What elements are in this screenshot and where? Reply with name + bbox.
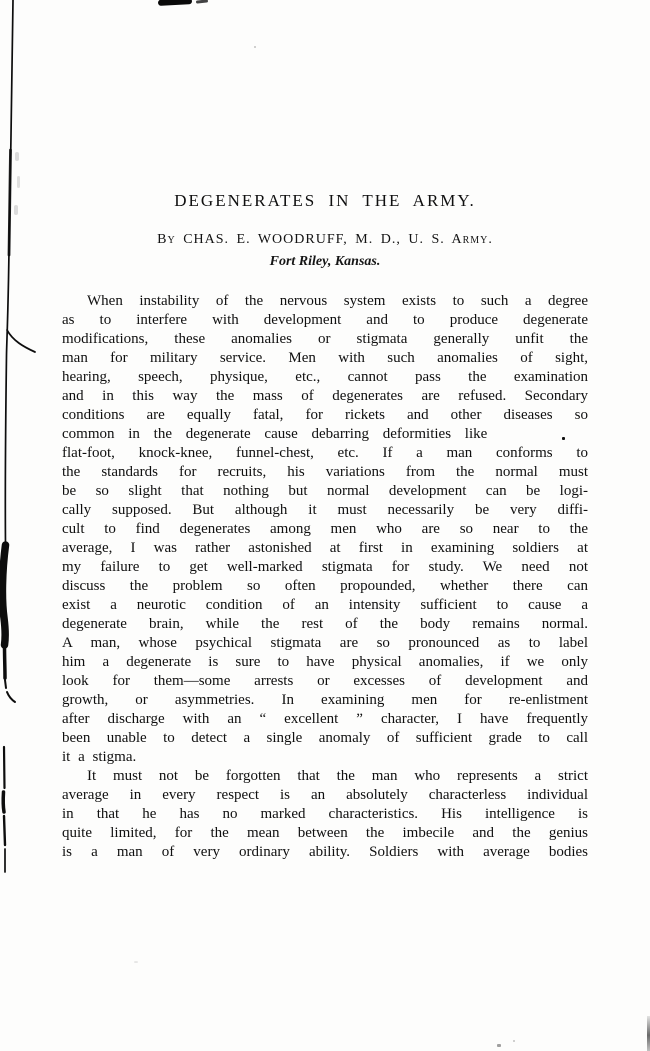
text-line: When instability of the nervous system e… bbox=[62, 292, 588, 311]
text-line: and in this way the mass of degenerates … bbox=[62, 387, 588, 406]
scan-binding-edge-artifact bbox=[0, 0, 45, 1051]
text-line: after discharge with an “ excellent ” ch… bbox=[62, 710, 588, 729]
text-line: exist a neurotic condition of an intensi… bbox=[62, 596, 588, 615]
byline-prefix: By bbox=[157, 232, 176, 247]
text-line: It must not be forgotten that the man wh… bbox=[62, 767, 588, 786]
text-line: is a man of very ordinary ability. Soldi… bbox=[62, 843, 588, 862]
text-line: the standards for recruits, his variatio… bbox=[62, 463, 588, 482]
text-line: degenerate brain, while the rest of the … bbox=[62, 615, 588, 634]
text-line: my failure to get well-marked stigmata f… bbox=[62, 558, 588, 577]
text-line: average in every respect is an absolutel… bbox=[62, 786, 588, 805]
text-line: as to interfere with development and to … bbox=[62, 311, 588, 330]
article-body: When instability of the nervous system e… bbox=[62, 292, 588, 862]
text-line: in that he has no marked characteristics… bbox=[62, 805, 588, 824]
byline-author: CHAS. E. WOODRUFF, M. D., U. S. bbox=[183, 232, 445, 247]
text-line: hearing, speech, physique, etc., cannot … bbox=[62, 368, 588, 387]
text-line: A man, whose psychical stigmata are so p… bbox=[62, 634, 588, 653]
text-line: modifications, these anomalies or stigma… bbox=[62, 330, 588, 349]
text-line: flat-foot, knock-knee, funnel-chest, etc… bbox=[62, 444, 588, 463]
scan-edge-noise bbox=[15, 152, 19, 161]
scan-smudge-top bbox=[158, 0, 192, 6]
scan-speck bbox=[513, 1040, 515, 1042]
text-line: been unable to detect a single anomaly o… bbox=[62, 729, 588, 748]
text-line: average, I was rather astonished at firs… bbox=[62, 539, 588, 558]
text-line: common in the degenerate cause debarring… bbox=[62, 425, 588, 444]
text-line: growth, or asymmetries. In examining men… bbox=[62, 691, 588, 710]
text-line: discuss the problem so often propounded,… bbox=[62, 577, 588, 596]
text-line: cult to find degenerates among men who a… bbox=[62, 520, 588, 539]
scan-speck bbox=[254, 46, 256, 48]
text-line: him a degenerate is sure to have physica… bbox=[62, 653, 588, 672]
text-line: look for them—some arrests or excesses o… bbox=[62, 672, 588, 691]
text-line: conditions are equally fatal, for ricket… bbox=[62, 406, 588, 425]
scan-speck bbox=[497, 1044, 501, 1047]
article-byline: By CHAS. E. WOODRUFF, M. D., U. S. Army. bbox=[62, 232, 588, 248]
byline-suffix: Army. bbox=[451, 232, 492, 247]
text-line: quite limited, for the mean between the … bbox=[62, 824, 588, 843]
text-line: be so slight that nothing but normal dev… bbox=[62, 482, 588, 501]
text-line: it a stigma. bbox=[62, 748, 588, 767]
text-line: man for military service. Men with such … bbox=[62, 349, 588, 368]
text-line: cally supposed. But although it must nec… bbox=[62, 501, 588, 520]
scan-edge-noise bbox=[17, 176, 20, 188]
scan-smudge-top-small bbox=[196, 0, 208, 4]
article-title: DEGENERATES IN THE ARMY. bbox=[62, 191, 588, 211]
scan-speck bbox=[134, 961, 138, 963]
document-page: DEGENERATES IN THE ARMY. By CHAS. E. WOO… bbox=[0, 0, 650, 1051]
article-location: Fort Riley, Kansas. bbox=[62, 254, 588, 270]
scan-edge-noise bbox=[14, 205, 18, 215]
